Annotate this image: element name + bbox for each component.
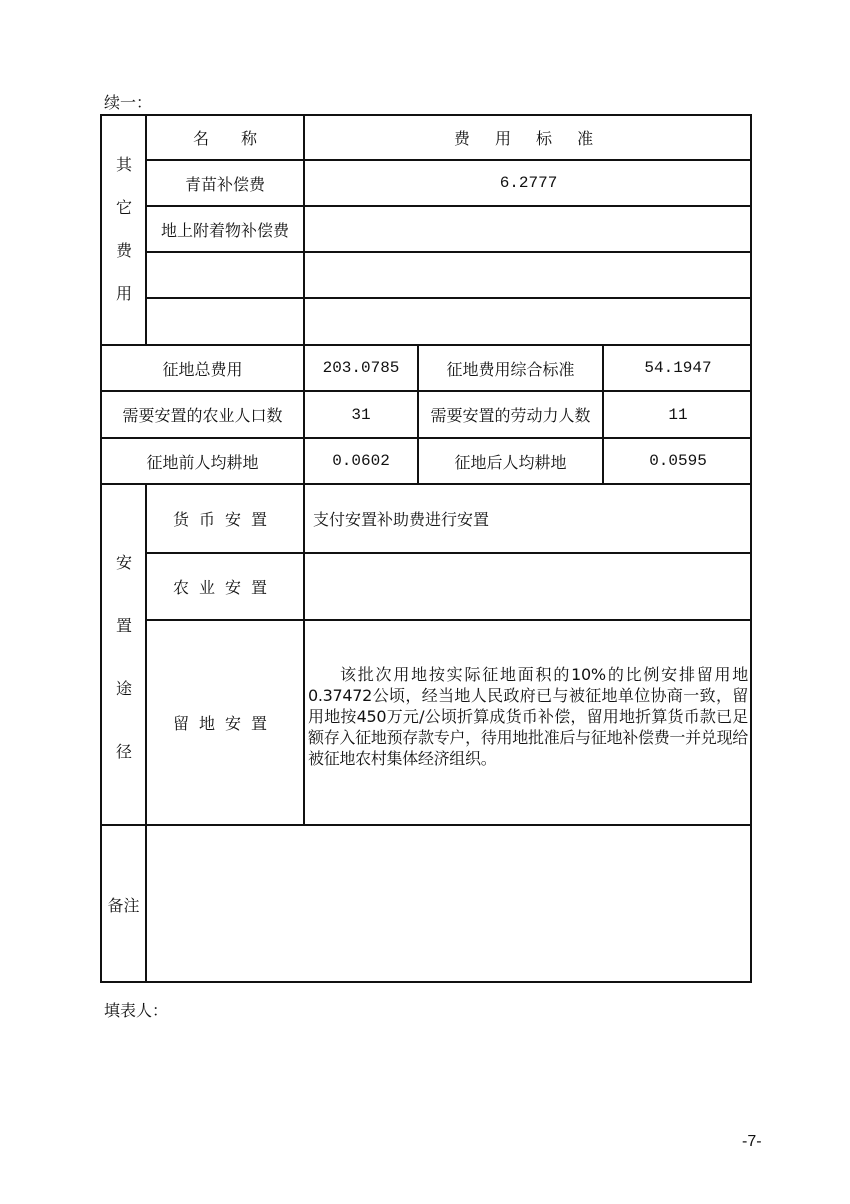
fee-name: 青苗补偿费	[147, 161, 303, 205]
page-number: -7-	[742, 1133, 762, 1151]
fee-standard[interactable]	[305, 253, 752, 297]
section-char: 置	[116, 613, 132, 636]
fee-standard[interactable]	[305, 299, 752, 344]
labor-count-label: 需要安置的劳动力人数	[419, 392, 602, 437]
section-char: 它	[116, 195, 132, 218]
fee-name[interactable]	[147, 299, 303, 344]
header-standard: 费 用 标 准	[305, 116, 752, 159]
section-char: 其	[116, 152, 132, 175]
total-fee-label: 征地总费用	[102, 346, 303, 390]
fee-name: 地上附着物补偿费	[147, 207, 303, 251]
labor-count-value[interactable]: 11	[604, 392, 752, 437]
agricultural-population-label: 需要安置的农业人口数	[102, 392, 303, 437]
monetary-resettlement-label: 货币安置	[147, 485, 303, 552]
remarks-content[interactable]	[147, 826, 752, 983]
agricultural-population-value[interactable]: 31	[305, 392, 417, 437]
agricultural-resettlement-content[interactable]	[305, 554, 752, 619]
arable-before-value[interactable]: 0.0602	[305, 439, 417, 483]
section-char: 费	[116, 238, 132, 261]
section-char: 径	[116, 739, 132, 762]
remarks-label: 备注	[102, 826, 145, 983]
section-char: 安	[116, 550, 132, 573]
comprehensive-standard-value[interactable]: 54.1947	[604, 346, 752, 390]
fee-standard[interactable]: 6.2777	[305, 161, 752, 205]
arable-before-label: 征地前人均耕地	[102, 439, 303, 483]
monetary-resettlement-content[interactable]: 支付安置补助费进行安置	[305, 485, 752, 552]
agricultural-resettlement-label: 农业安置	[147, 554, 303, 619]
other-fees-section-label: 其 它 费 用	[102, 152, 146, 304]
section-char: 途	[116, 676, 132, 699]
continuation-label: 续一：	[104, 90, 152, 113]
fee-standard[interactable]	[305, 207, 752, 251]
section-char: 用	[116, 281, 132, 304]
reserved-land-resettlement-content[interactable]: 该批次用地按实际征地面积的10%的比例安排留用地0.37472公顷，经当地人民政…	[308, 664, 748, 769]
reserved-land-resettlement-label: 留地安置	[147, 621, 303, 824]
total-fee-value[interactable]: 203.0785	[305, 346, 417, 390]
comprehensive-standard-label: 征地费用综合标准	[419, 346, 602, 390]
fee-name[interactable]	[147, 253, 303, 297]
resettlement-section-label: 安 置 途 径	[102, 550, 146, 762]
arable-after-value[interactable]: 0.0595	[604, 439, 752, 483]
filler-label: 填表人：	[104, 998, 168, 1021]
header-name: 名 称	[147, 116, 303, 159]
arable-after-label: 征地后人均耕地	[419, 439, 602, 483]
